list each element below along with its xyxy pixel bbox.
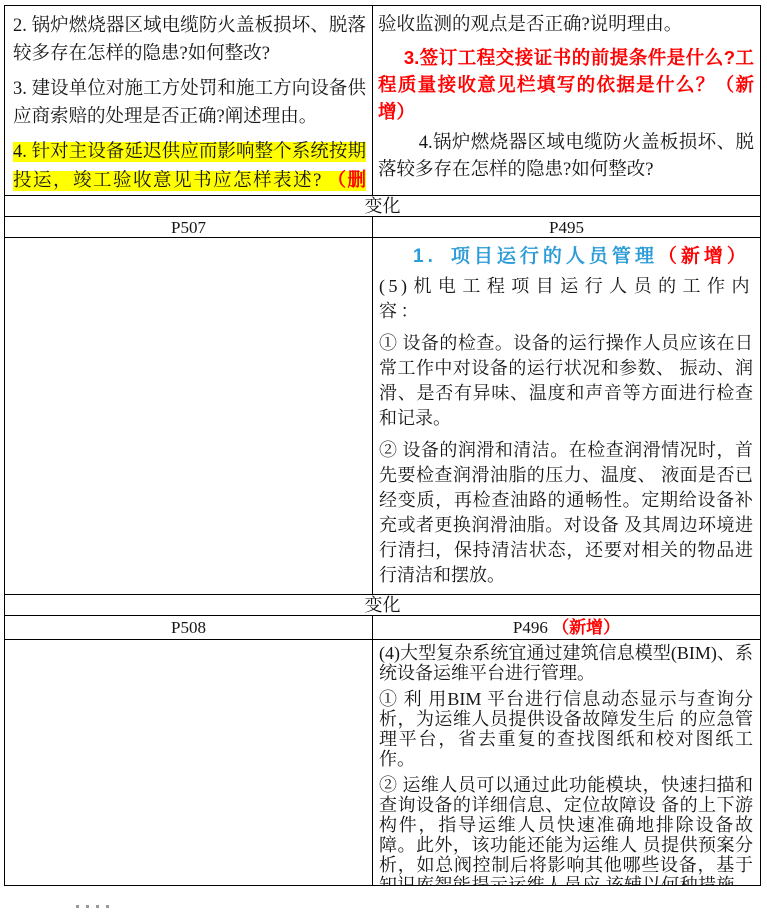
change-divider-row-1: 变化: [5, 195, 760, 216]
page-number-new-2: P496 （新增）: [373, 616, 760, 639]
equipment-inspection-paragraph: ① 设备的检查。设备的运行操作人员应该在日常工作中对设备的运行状况和参数、 振动…: [379, 331, 753, 431]
maintenance-module-paragraph: ② 运维人员可以通过此功能模块，快速扫描和查询设备的详细信息、定位故障设 备的上…: [379, 775, 753, 885]
old-content-empty-cell-2: [5, 640, 373, 885]
cutoff-mark: [76, 905, 79, 908]
page-header-row-1: P507 P495: [5, 216, 760, 237]
lubrication-cleaning-paragraph: ② 设备的润滑和清洁。在检查润滑情况时，首先要检查润滑油脂的压力、温度、 液面是…: [379, 438, 753, 588]
p496-content-cell: (4)大型复杂系统宜通过建筑信息模型(BIM)、系统设备运维平台进行管理。 ① …: [373, 640, 760, 885]
question-item-4: 4.锅炉燃烧器区域电缆防火盖板损坏、脱落较多存在怎样的隐患?如何整改?: [378, 130, 754, 184]
new-tag-header: （新增）: [552, 618, 620, 637]
new-tag-heading: （新增）: [658, 246, 750, 267]
p495-content-cell: 1.项目运行的人员管理（新增） (5)机电工程项目运行人员的工作内容： ① 设备…: [373, 238, 760, 594]
old-content-empty-cell-1: [5, 238, 373, 594]
question-item-3: 3. 建设单位对施工方处罚和施工方向设备供应商索赔的处理是否正确?阐述理由。: [13, 75, 366, 131]
question-item-2: 2. 锅炉燃烧器区域电缆防火盖板损坏、脱落较多存在怎样的隐患?如何整改?: [13, 12, 366, 68]
bim-platform-paragraph: ① 利 用BIM 平台进行信息动态显示与查询分析，为运维人员提供设备故障发生后 …: [379, 689, 753, 769]
old-edition-questions-cell: 2. 锅炉燃烧器区域电缆防火盖板损坏、脱落较多存在怎样的隐患?如何整改? 3. …: [5, 6, 373, 195]
continuation-line: 验收监测的观点是否正确?说明理由。: [378, 12, 754, 39]
deleted-question-highlight: 4. 针对主设备延迟供应而影响整个系统按期投运，竣工验收意见书应怎样表述? （删…: [13, 142, 366, 195]
comparison-table: 2. 锅炉燃烧器区域电缆防火盖板损坏、脱落较多存在怎样的隐患?如何整改? 3. …: [4, 5, 761, 886]
cutoff-mark: [106, 905, 109, 908]
new-question-item-3: 3.签订工程交接证书的前提条件是什么?工程质量接收意见栏填写的依据是什么？（新增…: [378, 44, 754, 125]
page-number-new-1: P495: [373, 217, 760, 237]
change-divider-row-2: 变化: [5, 594, 760, 615]
content-row-1: 1.项目运行的人员管理（新增） (5)机电工程项目运行人员的工作内容： ① 设备…: [5, 237, 760, 594]
new-edition-questions-cell: 验收监测的观点是否正确?说明理由。 3.签订工程交接证书的前提条件是什么?工程质…: [373, 6, 760, 195]
cutoff-text-fragment: [76, 905, 142, 912]
deleted-question-text: 4. 针对主设备延迟供应而影响整个系统按期投运，竣工验收意见书应怎样表述?: [13, 142, 366, 191]
change-label-1: 变化: [5, 196, 760, 216]
question-row: 2. 锅炉燃烧器区域电缆防火盖板损坏、脱落较多存在怎样的隐患?如何整改? 3. …: [5, 6, 760, 195]
content-row-2: (4)大型复杂系统宜通过建筑信息模型(BIM)、系统设备运维平台进行管理。 ① …: [5, 639, 760, 885]
change-label-2: 变化: [5, 595, 760, 615]
cutoff-mark: [86, 905, 89, 908]
page-number-old-1: P507: [5, 217, 373, 237]
heading-number: 1.: [413, 246, 437, 267]
page-number-new-2-text: P496: [513, 618, 552, 637]
question-item-4-deleted: 4. 针对主设备延迟供应而影响整个系统按期投运，竣工验收意见书应怎样表述? （删…: [13, 138, 366, 195]
personnel-management-heading: 1.项目运行的人员管理（新增）: [379, 243, 753, 271]
work-content-intro: (5)机电工程项目运行人员的工作内容：: [379, 274, 753, 324]
cutoff-mark: [96, 905, 99, 908]
heading-text: 项目运行的人员管理: [451, 246, 658, 267]
bim-management-paragraph: (4)大型复杂系统宜通过建筑信息模型(BIM)、系统设备运维平台进行管理。: [379, 643, 753, 683]
page-header-row-2: P508 P496 （新增）: [5, 615, 760, 639]
page-number-old-2: P508: [5, 616, 373, 639]
